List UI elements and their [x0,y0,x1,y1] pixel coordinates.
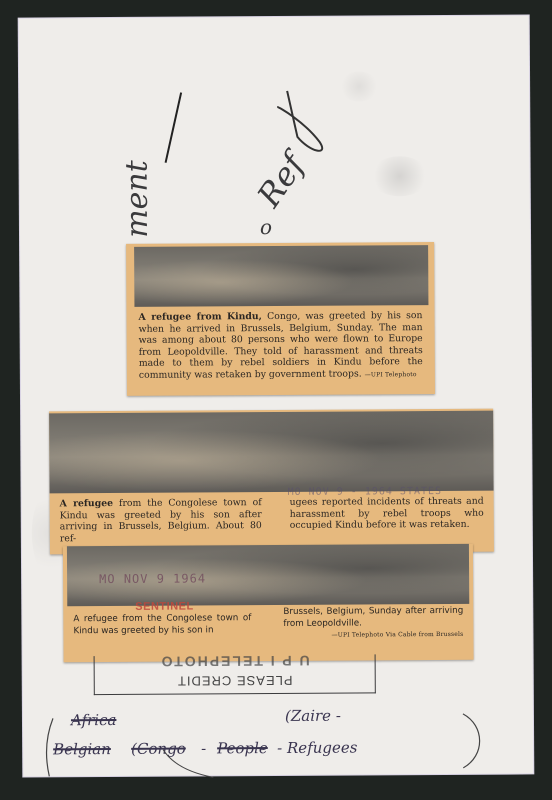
date-stamp: MO NOV 9 1964 [99,571,206,586]
note-brackets [23,695,534,788]
photo-credit: —UPI Telephoto [365,371,417,378]
clipping-1-caption: A refugee from Kindu, Congo, was greeted… [126,310,435,396]
clipping-3-caption-col1: A refugee from the Congolese town of Kin… [63,613,261,637]
clipping-2-caption-col2: ugees reported incidents of threats and … [280,496,494,532]
caption-lead: A refugee from Kindu, [138,311,261,323]
caption-body: ugees reported incidents of threats and … [290,496,484,531]
clipping-2-photo [49,411,493,494]
clipping-3: MO NOV 9 1964 SENTINEL A refugee from th… [63,544,474,663]
clipping-2: MO NOV 9 - 1964 STATES A refugee from th… [49,409,494,555]
caption-body: A refugee from the Congolese town of Kin… [73,613,251,636]
stamp-upi-telephoto: U P I TELEPHOTO [95,652,375,670]
caption-body: Brussels, Belgium, Sunday after arriving… [283,606,463,629]
clipping-1: A refugee from Kindu, Congo, was greeted… [126,242,435,396]
caption-lead: A refugee [60,498,113,509]
clipping-2-caption-col1: A refugee from the Congolese town of Kin… [50,497,272,545]
clipping-1-photo [134,245,428,307]
please-credit-stamp: U P I TELEPHOTO PLEASE CREDIT [94,654,376,695]
sentinel-stamp: SENTINEL [135,601,193,613]
stamp-please-credit: PLEASE CREDIT [95,672,375,689]
clipping-3-caption-col2: Brussels, Belgium, Sunday after arriving… [273,606,473,642]
photo-credit: —UPI Telephoto Via Cable from Brussels [283,629,463,642]
archive-sheet: ment Ref o A refugee from Kindu, Congo, … [19,15,534,776]
